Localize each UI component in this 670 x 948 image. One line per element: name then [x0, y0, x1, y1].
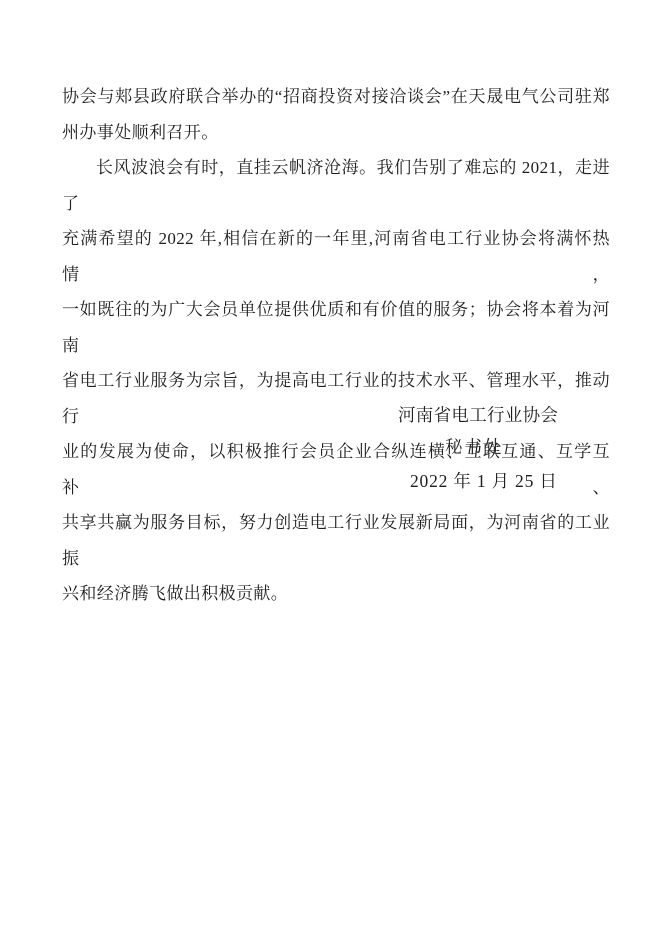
signature-organization: 河南省电工行业协会: [398, 405, 558, 425]
document-page: 协会与郏县政府联合举办的“招商投资对接洽谈会”在天晟电气公司驻郑 州办事处顺利召…: [0, 0, 670, 948]
body-text-line: 协会与郏县政府联合举办的“招商投资对接洽谈会”在天晟电气公司驻郑: [62, 79, 610, 115]
body-text-line: 一如既往的为广大会员单位提供优质和有价值的服务；协会将本着为河南: [62, 292, 610, 363]
body-text-line: 长风波浪会有时，直挂云帆济沧海。我们告别了难忘的 2021，走进了: [62, 150, 610, 221]
body-text-line: 兴和经济腾飞做出积极贡献。: [62, 576, 610, 612]
body-text-line: 州办事处顺利召开。: [62, 115, 610, 151]
body-text-line: 共享共赢为服务目标，努力创造电工行业发展新局面，为河南省的工业振: [62, 505, 610, 576]
signature-department: 秘书处: [445, 437, 504, 457]
body-text-line: 业的发展为使命，以积极推行会员企业合纵连横、互联互通、互学互补、: [62, 434, 610, 505]
document-body: 协会与郏县政府联合举办的“招商投资对接洽谈会”在天晟电气公司驻郑 州办事处顺利召…: [62, 79, 610, 612]
signature-date: 2022 年 1 月 25 日: [410, 471, 558, 491]
body-text-line: 充满希望的 2022 年,相信在新的一年里,河南省电工行业协会将满怀热情，: [62, 221, 610, 292]
